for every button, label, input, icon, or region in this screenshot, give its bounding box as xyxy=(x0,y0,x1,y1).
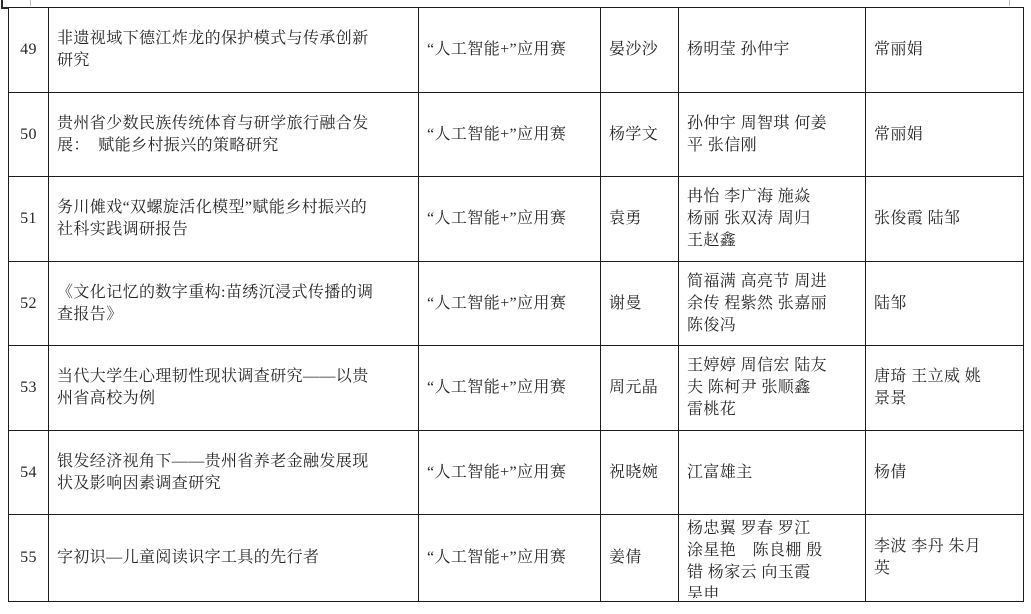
advisors-cell-text: 常丽娟 xyxy=(874,39,1015,61)
row-number-cell: 52 xyxy=(9,262,49,346)
members-cell: 杨忠翼 罗春 罗江 涂星艳 陈良棚 殷 错 杨家云 向玉霞 吴申 xyxy=(679,515,866,602)
table-row: 49非遗视域下德江炸龙的保护模式与传承创新 研究“人工智能+”应用赛晏沙沙杨明莹… xyxy=(9,8,1024,93)
track-cell-text: “人工智能+”应用赛 xyxy=(427,462,592,484)
project-title-cell: 银发经济视角下——贵州省养老金融发展现 状及影响因素调查研究 xyxy=(49,431,419,515)
advisors-cell-text: 唐琦 王立威 姚 景景 xyxy=(874,366,1015,410)
track-cell-text: “人工智能+”应用赛 xyxy=(427,39,592,61)
members-cell: 王婷婷 周信宏 陆友 夫 陈柯尹 张顺鑫 雷桃花 xyxy=(679,346,866,431)
leader-cell-text: 谢曼 xyxy=(609,293,670,315)
row-number-cell-text: 53 xyxy=(17,377,40,399)
leader-cell-text: 周元晶 xyxy=(609,377,670,399)
project-title-cell-text: 《文化记忆的数字重构:苗绣沉浸式传播的调 查报告》 xyxy=(57,282,410,326)
project-title-cell: 务川傩戏“双螺旋活化模型”赋能乡村振兴的 社科实践调研报告 xyxy=(49,177,419,262)
advisors-cell-text: 陆邹 xyxy=(874,293,1015,315)
project-title-cell-text: 字初识—儿童阅读识字工具的先行者 xyxy=(57,547,410,569)
project-title-cell: 贵州省少数民族传统体育与研学旅行融合发 展： 赋能乡村振兴的策略研究 xyxy=(49,93,419,177)
table-row: 50贵州省少数民族传统体育与研学旅行融合发 展： 赋能乡村振兴的策略研究“人工智… xyxy=(9,93,1024,177)
awards-table-body: 49非遗视域下德江炸龙的保护模式与传承创新 研究“人工智能+”应用赛晏沙沙杨明莹… xyxy=(9,8,1024,602)
track-cell-text: “人工智能+”应用赛 xyxy=(427,293,592,315)
track-cell: “人工智能+”应用赛 xyxy=(419,93,601,177)
members-cell-text: 杨明莹 孙仲宇 xyxy=(687,39,857,61)
row-number-cell: 51 xyxy=(9,177,49,262)
row-number-cell-text: 49 xyxy=(17,39,40,61)
project-title-cell-text: 当代大学生心理韧性现状调查研究——以贵 州省高校为例 xyxy=(57,366,410,410)
row-number-cell-text: 54 xyxy=(17,462,40,484)
project-title-cell: 《文化记忆的数字重构:苗绣沉浸式传播的调 查报告》 xyxy=(49,262,419,346)
track-cell-text: “人工智能+”应用赛 xyxy=(427,208,592,230)
track-cell-text: “人工智能+”应用赛 xyxy=(427,124,592,146)
leader-cell-text: 杨学文 xyxy=(609,124,670,146)
members-cell: 江富雄主 xyxy=(679,431,866,515)
faint-gridline-fragment xyxy=(30,0,31,6)
leader-cell-text: 袁勇 xyxy=(609,208,670,230)
members-cell-text: 简福满 高亮节 周进 余传 程紫然 张嘉丽 陈俊冯 xyxy=(687,271,857,337)
leader-cell: 晏沙沙 xyxy=(601,8,679,93)
leader-cell: 谢曼 xyxy=(601,262,679,346)
track-cell: “人工智能+”应用赛 xyxy=(419,262,601,346)
table-row: 51务川傩戏“双螺旋活化模型”赋能乡村振兴的 社科实践调研报告“人工智能+”应用… xyxy=(9,177,1024,262)
faint-gridline-fragment xyxy=(1009,0,1010,6)
advisors-cell-text: 杨倩 xyxy=(874,462,1015,484)
track-cell: “人工智能+”应用赛 xyxy=(419,515,601,602)
leader-cell: 姜倩 xyxy=(601,515,679,602)
project-title-cell-text: 务川傩戏“双螺旋活化模型”赋能乡村振兴的 社科实践调研报告 xyxy=(57,197,410,241)
advisors-cell-text: 常丽娟 xyxy=(874,124,1015,146)
track-cell-text: “人工智能+”应用赛 xyxy=(427,377,592,399)
table-row: 53当代大学生心理韧性现状调查研究——以贵 州省高校为例“人工智能+”应用赛周元… xyxy=(9,346,1024,431)
track-cell-text: “人工智能+”应用赛 xyxy=(427,547,592,569)
advisors-cell-text: 张俊霞 陆邹 xyxy=(874,208,1015,230)
advisors-cell: 李波 李丹 朱月 英 xyxy=(866,515,1024,602)
advisors-cell-text: 李波 李丹 朱月 英 xyxy=(874,536,1015,580)
table-row: 54银发经济视角下——贵州省养老金融发展现 状及影响因素调查研究“人工智能+”应… xyxy=(9,431,1024,515)
leader-cell: 祝晓婉 xyxy=(601,431,679,515)
advisors-cell: 唐琦 王立威 姚 景景 xyxy=(866,346,1024,431)
awards-table: 49非遗视域下德江炸龙的保护模式与传承创新 研究“人工智能+”应用赛晏沙沙杨明莹… xyxy=(8,7,1024,602)
members-cell-text: 杨忠翼 罗春 罗江 涂星艳 陈良棚 殷 错 杨家云 向玉霞 吴申 xyxy=(687,518,857,598)
advisors-cell: 杨倩 xyxy=(866,431,1024,515)
advisors-cell: 常丽娟 xyxy=(866,8,1024,93)
track-cell: “人工智能+”应用赛 xyxy=(419,177,601,262)
members-cell-text: 冉怡 李广海 施焱 杨丽 张双涛 周归 王赵鑫 xyxy=(687,186,857,252)
leader-cell-text: 祝晓婉 xyxy=(609,462,670,484)
project-title-cell: 字初识—儿童阅读识字工具的先行者 xyxy=(49,515,419,602)
table-row: 52《文化记忆的数字重构:苗绣沉浸式传播的调 查报告》“人工智能+”应用赛谢曼简… xyxy=(9,262,1024,346)
track-cell: “人工智能+”应用赛 xyxy=(419,346,601,431)
track-cell: “人工智能+”应用赛 xyxy=(419,431,601,515)
members-cell: 孙仲宇 周智琪 何姜 平 张信刚 xyxy=(679,93,866,177)
row-number-cell-text: 51 xyxy=(17,208,40,230)
row-number-cell-text: 55 xyxy=(17,547,40,569)
leader-cell-text: 晏沙沙 xyxy=(609,39,670,61)
advisors-cell: 常丽娟 xyxy=(866,93,1024,177)
row-number-cell: 50 xyxy=(9,93,49,177)
members-cell-text: 王婷婷 周信宏 陆友 夫 陈柯尹 张顺鑫 雷桃花 xyxy=(687,355,857,421)
row-number-cell: 55 xyxy=(9,515,49,602)
leader-cell: 袁勇 xyxy=(601,177,679,262)
row-number-cell: 53 xyxy=(9,346,49,431)
members-cell: 冉怡 李广海 施焱 杨丽 张双涛 周归 王赵鑫 xyxy=(679,177,866,262)
leader-cell-text: 姜倩 xyxy=(609,547,670,569)
leader-cell: 周元晶 xyxy=(601,346,679,431)
document-page: 49非遗视域下德江炸龙的保护模式与传承创新 研究“人工智能+”应用赛晏沙沙杨明莹… xyxy=(0,0,1031,614)
track-cell: “人工智能+”应用赛 xyxy=(419,8,601,93)
row-number-cell-text: 50 xyxy=(17,124,40,146)
project-title-cell-text: 非遗视域下德江炸龙的保护模式与传承创新 研究 xyxy=(57,28,410,72)
table-row: 55字初识—儿童阅读识字工具的先行者“人工智能+”应用赛姜倩杨忠翼 罗春 罗江 … xyxy=(9,515,1024,602)
row-number-cell-text: 52 xyxy=(17,293,40,315)
members-cell: 杨明莹 孙仲宇 xyxy=(679,8,866,93)
row-number-cell: 54 xyxy=(9,431,49,515)
advisors-cell: 张俊霞 陆邹 xyxy=(866,177,1024,262)
project-title-cell-text: 银发经济视角下——贵州省养老金融发展现 状及影响因素调查研究 xyxy=(57,451,410,495)
project-title-cell: 当代大学生心理韧性现状调查研究——以贵 州省高校为例 xyxy=(49,346,419,431)
advisors-cell: 陆邹 xyxy=(866,262,1024,346)
row-number-cell: 49 xyxy=(9,8,49,93)
project-title-cell: 非遗视域下德江炸龙的保护模式与传承创新 研究 xyxy=(49,8,419,93)
project-title-cell-text: 贵州省少数民族传统体育与研学旅行融合发 展： 赋能乡村振兴的策略研究 xyxy=(57,113,410,157)
members-cell-text: 江富雄主 xyxy=(687,462,857,484)
members-cell-text: 孙仲宇 周智琪 何姜 平 张信刚 xyxy=(687,113,857,157)
members-cell: 简福满 高亮节 周进 余传 程紫然 张嘉丽 陈俊冯 xyxy=(679,262,866,346)
leader-cell: 杨学文 xyxy=(601,93,679,177)
